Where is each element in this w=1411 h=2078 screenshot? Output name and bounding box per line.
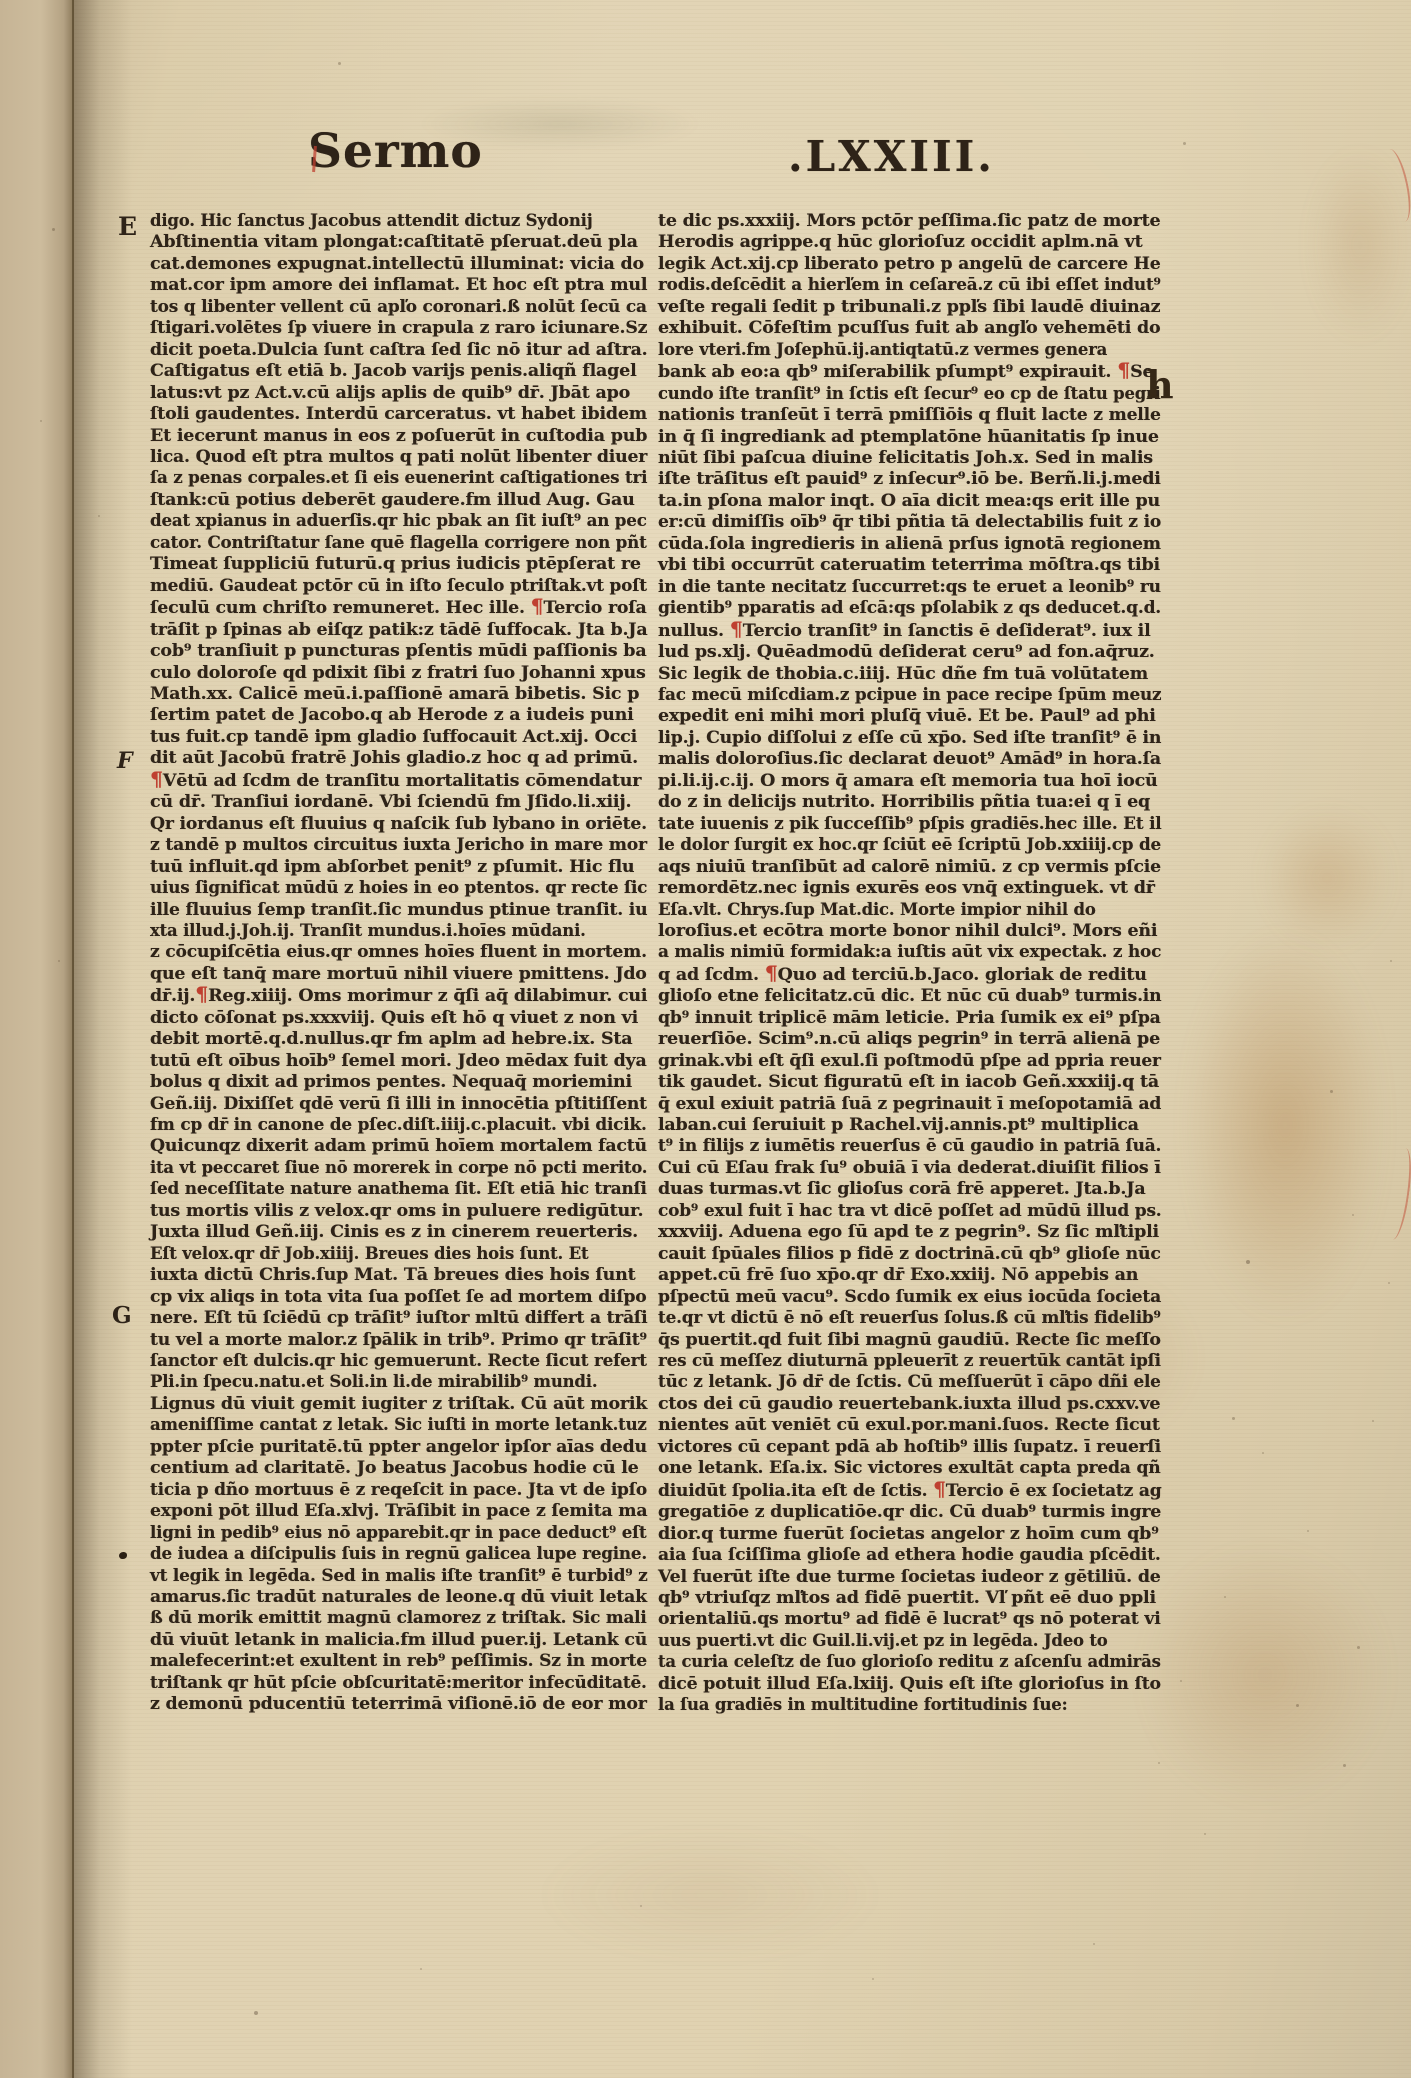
- foxing-speck: [254, 2011, 258, 2015]
- foxing-speck: [1372, 1420, 1374, 1422]
- text-line: ſertim patet de Jacobo.q ab Herode z a i…: [150, 704, 634, 725]
- text-line: q̄s puertit.qd fuit ſibi magnū gaudiū. R…: [658, 1329, 1161, 1350]
- text-column-right: te dic ps.xxxiij. Mors pctōr peſſima.ſic…: [658, 210, 1163, 1716]
- text-line: dit aūt Jacobū fratrē Johis gladio.z hoc…: [150, 747, 638, 768]
- text-line: legik Act.xij.cp liberato petro p angelū…: [658, 253, 1161, 274]
- foxing-speck: [1262, 1452, 1264, 1454]
- text-line: Geñ.iij. Dixiſſet qdē verū ſi illi in in…: [150, 1093, 647, 1114]
- text-line: bolus q dixit ad primos pentes. Nequaq̄ …: [150, 1071, 632, 1092]
- text-line: Caſtigatus eſt etiā b. Jacob varijs peni…: [150, 360, 637, 381]
- text-line: in die tante necitatz ſuccurret:qs te er…: [658, 576, 1161, 597]
- text-line: dicit poeta.Dulcia ſunt caſtra ſed ſic n…: [150, 339, 647, 360]
- text-line: iuxta dictū Chris.ſup Mat. Tā breues die…: [150, 1264, 636, 1285]
- text-line: lica. Quod eſt ptra multos q pati nolūt …: [150, 446, 647, 467]
- text-line: a malis nimiū formidak:a iuſtis aūt vix …: [658, 941, 1161, 962]
- text-line: cp vix aliqs in tota vita ſua poſſet ſe …: [150, 1286, 647, 1307]
- text-line: Qr iordanus eſt fluuius q naſcik ſub lyb…: [150, 813, 647, 834]
- text-line: victores cū cepant pdā ab hoſtib⁹ illis …: [658, 1436, 1161, 1457]
- text-line: Quicunqz dixerit adam primū hoīem mortal…: [150, 1135, 647, 1156]
- margin-letter-e: E: [118, 212, 137, 241]
- text-line: exhibuit. Cōfeſtim pcuſſus fuit ab angľo…: [658, 317, 1160, 338]
- foxing-speck: [1296, 1704, 1299, 1707]
- text-line: ille fluuius ſemp tranſit.ſic mundus pti…: [150, 899, 647, 920]
- text-line: fm cp dr̄ in canone de pſec.diſt.iiij.c.…: [150, 1114, 647, 1135]
- text-line: dicē potuit illud Eſa.lxiij. Quis eſt iſ…: [658, 1673, 1161, 1694]
- text-line: Math.xx. Calicē meū.i.paſſionē amarā bib…: [150, 683, 639, 704]
- text-line: z demonū pducentiū teterrimā viſionē.iō …: [150, 1693, 647, 1714]
- text-line: grinak.vbi eſt q̄ſi exul.ſi poſtmodū pſp…: [658, 1050, 1161, 1071]
- text-line: Eſa.vlt. Chrys.ſup Mat.dic. Morte impior…: [658, 899, 1096, 920]
- text-line: cator. Contriſtatur ſane quē flagella co…: [150, 532, 647, 553]
- foxing-speck: [58, 960, 60, 962]
- text-line: pi.li.ij.c.ij. O mors q̄ amara eſt memor…: [658, 770, 1158, 791]
- rubric-pilcrow: ¶: [1117, 359, 1130, 382]
- text-line: ameniſſime cantat z letak. Sic iuſti in …: [150, 1414, 647, 1435]
- text-line: nere. Eſt tū ſciēdū cp trāſit⁹ iuſtor ml…: [150, 1307, 647, 1328]
- text-line: rodis.deſcēdit a hierľem in ceſareā.z cū…: [658, 274, 1161, 295]
- text-line: diuidūt ſpolia.ita eſt de ſctis. ¶Tercio…: [658, 1479, 1161, 1501]
- text-line: ß dū morik emittit magnū clamorez z triſ…: [150, 1607, 647, 1628]
- text-line: fac mecū miſcdiam.z pcipue in pace recip…: [658, 684, 1161, 705]
- text-line: digo. Hic ſanctus Jacobus attendit dictu…: [150, 210, 592, 231]
- text-line: nullus. ¶Tercio tranſit⁹ in ſanctis ē de…: [658, 619, 1151, 641]
- text-line: Sic legik de thobia.c.iiij. Hūc dñe fm t…: [658, 663, 1148, 684]
- text-line: ctos dei cū gaudio reuertebank.iuxta ill…: [658, 1393, 1160, 1414]
- text-line: tus fuit.cp tandē ipm gladio ſuffocauit …: [150, 726, 637, 747]
- text-line: cat.demones expugnat.intellectū illumina…: [150, 253, 644, 274]
- text-line: de iudea a diſcipulis ſuis in regnū gali…: [150, 1543, 647, 1564]
- text-line: Cui cū Eſau frak ſu⁹ obuiā ī via dederat…: [658, 1157, 1161, 1178]
- text-line: deat xpianus in aduerſis.qr hic pbak an …: [150, 510, 647, 531]
- text-line: la ſua gradiēs in multitudine fortitudin…: [658, 1694, 1067, 1715]
- text-line: cob⁹ tranſiuit p puncturas pſentis mūdi …: [150, 640, 646, 661]
- text-line: ligni in pedib⁹ eius nō apparebit.qr in …: [150, 1522, 647, 1543]
- foxing-speck: [1183, 142, 1186, 145]
- foxing-speck: [1307, 1530, 1309, 1532]
- text-line: tate iuuenis z pik ſucceſſib⁹ pſpis grad…: [658, 813, 1161, 834]
- margin-letter-g: G: [112, 1302, 132, 1329]
- foxing-speck: [640, 1905, 642, 1907]
- text-line: debit mortē.q.d.nullus.qr fm aplm ad heb…: [150, 1028, 632, 1049]
- text-line: Lignus dū viuit gemit iugiter z triſtak.…: [150, 1393, 647, 1414]
- text-line: z cōcupiſcētia eius.qr omnes hoīes fluen…: [150, 941, 647, 962]
- text-line: orientaliū.qs mortu⁹ ad fidē ē lucrat⁹ q…: [658, 1608, 1161, 1629]
- text-line: malis doloroſius.ſic declarat deuot⁹ Amā…: [658, 748, 1161, 769]
- text-line: uius ſignificat mūdū z hoies in eo ptent…: [150, 877, 647, 898]
- text-line: tu vel a morte malor.z ſpālik in trib⁹. …: [150, 1329, 647, 1350]
- text-line: tos q libenter vellent cū apľo coronari.…: [150, 296, 647, 317]
- text-line: ppter pſcie puritatē.tū ppter angelor ip…: [150, 1436, 647, 1457]
- rubric-pilcrow: ¶: [195, 983, 208, 1006]
- foxing-speck: [1246, 1260, 1250, 1264]
- text-line: er:cū dimiſſis oīb⁹ q̄r tibi pñtia tā de…: [658, 511, 1161, 532]
- margin-ink-dot: [119, 1552, 127, 1559]
- foxing-speck: [1232, 1417, 1235, 1420]
- rubric-pilcrow: ¶: [150, 768, 163, 791]
- text-line: mat.cor ipm amore dei inflamat. Et hoc e…: [150, 274, 647, 295]
- text-line: duas turmas.vt ſic glioſus corā frē appe…: [658, 1178, 1146, 1199]
- foxing-speck: [1352, 1214, 1354, 1216]
- text-line: ſed neceſſitate nature anathema ſit. Eſt…: [150, 1178, 647, 1199]
- text-line: veſte regali ſedit p tribunali.z ppľs ſi…: [658, 296, 1160, 317]
- foxing-speck: [1224, 1596, 1226, 1598]
- text-line: dior.q turme fuerūt ſocietas angelor z h…: [658, 1523, 1159, 1544]
- text-line: vbi tibi occurrūt cateruatim teterrima m…: [658, 554, 1160, 575]
- text-line: aia ſua ſciſſima glioſe ad ethera hodie …: [658, 1544, 1161, 1565]
- text-line: qb⁹ vtriuſqz mľtos ad fidē puertit. Vľ p…: [658, 1587, 1156, 1608]
- foxing-speck: [1180, 1680, 1182, 1682]
- text-line: lud ps.xlj. Quēadmodū deſiderat ceru⁹ ad…: [658, 641, 1155, 662]
- foxing-speck: [40, 420, 42, 422]
- text-line: Pli.in ſpecu.natu.et Soli.in li.de mirab…: [150, 1371, 597, 1392]
- foxing-speck: [872, 1978, 874, 1980]
- text-line: exponi pōt illud Eſa.xlvj. Trāſibit in p…: [150, 1500, 647, 1521]
- foxing-speck: [1343, 1764, 1346, 1767]
- text-line: Herodis agrippe.q hūc glorioſuz occidit …: [658, 231, 1142, 252]
- text-line: ſanctor eſt dulcis.qr hic gemuerunt. Rec…: [150, 1350, 647, 1371]
- scanned-book-page: Sermo .LXXIII. E F G h digo. Hic ſanctus…: [0, 0, 1411, 2078]
- text-line: trāſit p ſpinas ab eiſqz patik:z tādē ſu…: [150, 619, 647, 640]
- running-title: Sermo: [308, 124, 483, 179]
- text-line: loroſius.et ecōtra morte bonor nihil dul…: [658, 920, 1157, 941]
- text-line: dicto cōſonat ps.xxxviij. Quis eſt hō q …: [150, 1007, 638, 1028]
- text-line: culo doloroſe qd pdixit ſibi z fratri ſu…: [150, 662, 646, 683]
- rubric-pilcrow: ¶: [765, 962, 778, 985]
- foxing-speck: [52, 228, 55, 231]
- text-line: cundo iſte tranſit⁹ in ſctis eſt ſecur⁹ …: [658, 383, 1161, 404]
- text-line: q ad ſcdm. ¶Quo ad terciū.b.Jaco. gloria…: [658, 963, 1147, 985]
- text-line: bank ab eo:a qb⁹ miſerabilik pſumpt⁹ exp…: [658, 360, 1153, 382]
- text-line: z tandē p multos circuitus iuxta Jericho…: [150, 834, 647, 855]
- text-line: malefecerint:et exultent in reb⁹ peſſimi…: [150, 1650, 647, 1671]
- text-line: Et iecerunt manus in eos z poſuerūt in c…: [150, 425, 647, 446]
- text-line: iſte trāſitus eſt pauid⁹ z inſecur⁹.iō b…: [658, 468, 1161, 489]
- text-line: do z in delicijs nutrito. Horribilis pñt…: [658, 791, 1150, 812]
- text-line: ¶Vētū ad ſcdm de tranſitu mortalitatis c…: [150, 769, 641, 791]
- text-line: Eſt velox.qr dr̄ Job.xiiij. Breues dies …: [150, 1243, 588, 1264]
- text-line: amarus.ſic tradūt naturales de leone.q d…: [150, 1586, 647, 1607]
- text-line: laban.cui ſeruiuit p Rachel.vij.annis.pt…: [658, 1114, 1139, 1135]
- text-line: cū dr̄. Tranſiui iordanē. Vbi ſciendū fm…: [150, 791, 631, 812]
- text-line: ticia p dño mortuus ē z reqeſcit in pace…: [150, 1479, 647, 1500]
- margin-letter-f: F: [117, 748, 133, 774]
- text-line: cūda.ſola ingredieris in alienā prſus ig…: [658, 533, 1161, 554]
- text-line: lip.j. Cupio diſſolui z eſſe cū xp̄o. Se…: [658, 727, 1161, 748]
- text-line: niūt ſibi paſcua diuine felicitatis Joh.…: [658, 447, 1153, 468]
- text-line: uus puerti.vt dic Guil.li.vij.et pz in l…: [658, 1630, 1108, 1651]
- text-line: appet.cū frē ſuo xp̄o.qr dr̄ Exo.xxiij. …: [658, 1264, 1138, 1285]
- text-line: ſeculū cum chriſto remuneret. Hec ille. …: [150, 596, 647, 618]
- text-line: in q̄ ſi ingrediank ad ptemplatōne hūani…: [658, 426, 1159, 447]
- text-line: triſtank qr hūt pſcie obſcuritatē:merito…: [150, 1672, 647, 1693]
- rubric-pilcrow: ¶: [531, 595, 544, 618]
- foxing-speck: [1330, 1090, 1333, 1093]
- text-line: dr̄.ij.¶Reg.xiiij. Oms morimur z q̄ſi aq…: [150, 984, 647, 1006]
- text-line: ta.in pſona malor inqt. O aīa dicit mea:…: [658, 490, 1160, 511]
- text-line: nationis tranſeūt ī terrā pmiſſiōis q fl…: [658, 404, 1161, 425]
- text-line: Abſtinentia vitam plongat:caſtitatē pſer…: [150, 231, 638, 252]
- text-line: reuerſiōe. Scim⁹.n.cū aliqs pegrin⁹ in t…: [658, 1028, 1160, 1049]
- text-line: ſtigari.volētes ſp viuere in crapula z r…: [150, 317, 647, 338]
- text-line: xta illud.j.Joh.ij. Tranſit mundus.i.hoī…: [150, 920, 586, 941]
- foxing-speck: [1204, 1833, 1206, 1835]
- foxing-speck: [98, 515, 100, 517]
- foxing-speck: [1093, 1943, 1095, 1945]
- text-line: xxxviij. Aduena ego ſū apd te z pegrin⁹.…: [658, 1221, 1159, 1242]
- text-line: pſpectū meū vacu⁹. Scdo ſumik ex eius io…: [658, 1286, 1161, 1307]
- text-line: te dic ps.xxxiij. Mors pctōr peſſima.ſic…: [658, 210, 1160, 231]
- foxing-speck: [1357, 1646, 1360, 1649]
- text-line: gregatiōe z duplicatiōe.qr dic. Cū duab⁹…: [658, 1501, 1161, 1522]
- foxing-speck: [1158, 1762, 1160, 1764]
- text-line: te.qr vt dictū ē nō eſt reuerſus ſolus.ß…: [658, 1307, 1161, 1328]
- foxing-speck: [1388, 1282, 1390, 1284]
- margin-letter-h: h: [1146, 362, 1174, 407]
- gutter-shadow: [74, 0, 132, 2078]
- text-line: vt legik in legēda. Sed in malis iſte tr…: [150, 1565, 647, 1586]
- text-line: cob⁹ exul fuit ī hac tra vt dicē poſſet …: [658, 1200, 1161, 1221]
- text-line: Vel fuerūt iſte due turme ſocietas iudeo…: [658, 1566, 1161, 1587]
- text-line: le dolor ſurgit ex hoc.qr ſciūt eē ſcrip…: [658, 834, 1161, 855]
- foxing-speck: [420, 1968, 422, 1970]
- text-line: tutū eſt oībus hoīb⁹ ſemel mori. Jdeo mē…: [150, 1050, 647, 1071]
- text-line: que eſt tanq̄ mare mortuū nihil viuere p…: [150, 963, 647, 984]
- text-line: latus:vt pz Act.v.cū alijs aplis de quib…: [150, 382, 630, 403]
- text-line: ſtank:cū potius deberēt gaudere.fm illud…: [150, 489, 635, 510]
- page-number-roman: .LXXIII.: [788, 132, 995, 181]
- text-line: gientib⁹ pparatis ad eſcā:qs pſolabik z …: [658, 597, 1161, 618]
- rubric-pilcrow: ¶: [730, 618, 743, 641]
- text-line: res cū meſſez diuturnā ppleuerīt z reuer…: [658, 1350, 1161, 1371]
- text-line: nientes aūt veniēt cū exul.por.mani.ſuos…: [658, 1414, 1160, 1435]
- text-line: Juxta illud Geñ.iij. Cinis es z in ciner…: [150, 1221, 638, 1242]
- text-line: tuū influit.qd ipm abſorbet penit⁹ z pſu…: [150, 856, 634, 877]
- text-line: expedit eni mihi mori pluſq̄ viuē. Et be…: [658, 705, 1156, 726]
- foxing-speck: [1390, 960, 1392, 962]
- text-line: ta curia celeſtz de ſuo glorioſo reditu …: [658, 1651, 1161, 1672]
- text-line: ſtoli gaudentes. Interdū carceratus. vt …: [150, 403, 647, 424]
- text-line: dū viuūt letank in malicia.fm illud puer…: [150, 1629, 647, 1650]
- text-line: t⁹ in filijs z iumētis reuerſus ē cū gau…: [658, 1135, 1161, 1156]
- text-line: qb⁹ innuit triplicē mām leticie. Pria ſu…: [658, 1007, 1161, 1028]
- text-line: lore vteri.fm Joſephū.ij.antiqtatū.z ver…: [658, 339, 1107, 360]
- text-line: tūc z letank. Jō dr̄ de ſctis. Cū meſſue…: [658, 1371, 1161, 1392]
- text-line: mediū. Gaudeat pctōr cū in iſto ſeculo p…: [150, 575, 647, 596]
- text-line: centium ad claritatē. Jo beatus Jacobus …: [150, 1457, 639, 1478]
- text-line: aqs niuiū tranſibūt ad calorē nimiū. z c…: [658, 856, 1161, 877]
- text-line: ita vt peccaret ſiue nō morerek in corpe…: [150, 1157, 647, 1178]
- text-line: remordētz.nec ignis exurēs eos vnq̄ exti…: [658, 877, 1155, 898]
- text-line: tik gaudet. Sicut figuratū eſt in iacob …: [658, 1071, 1159, 1092]
- text-line: Timeat ſuppliciū futurū.q prius iudicis …: [150, 553, 641, 574]
- text-line: ſa z penas corpales.et ſi eis euenerint …: [150, 467, 647, 488]
- text-line: q̄ exul exiuit patriā ſuā z pegrinauit ī…: [658, 1093, 1161, 1114]
- text-line: tus mortis vilis z velox.qr oms in pulue…: [150, 1200, 643, 1221]
- foxing-speck: [338, 62, 341, 65]
- text-line: one letank. Eſa.ix. Sic victores exultāt…: [658, 1457, 1161, 1478]
- text-line: glioſo etne felicitatz.cū dic. Et nūc cū…: [658, 985, 1161, 1006]
- facing-page-edge: [0, 0, 74, 2078]
- text-line: cauit ſpūales filios p fidē z doctrinā.c…: [658, 1243, 1161, 1264]
- rubric-pilcrow: ¶: [933, 1478, 946, 1501]
- text-column-left: digo. Hic ſanctus Jacobus attendit dictu…: [150, 210, 650, 1715]
